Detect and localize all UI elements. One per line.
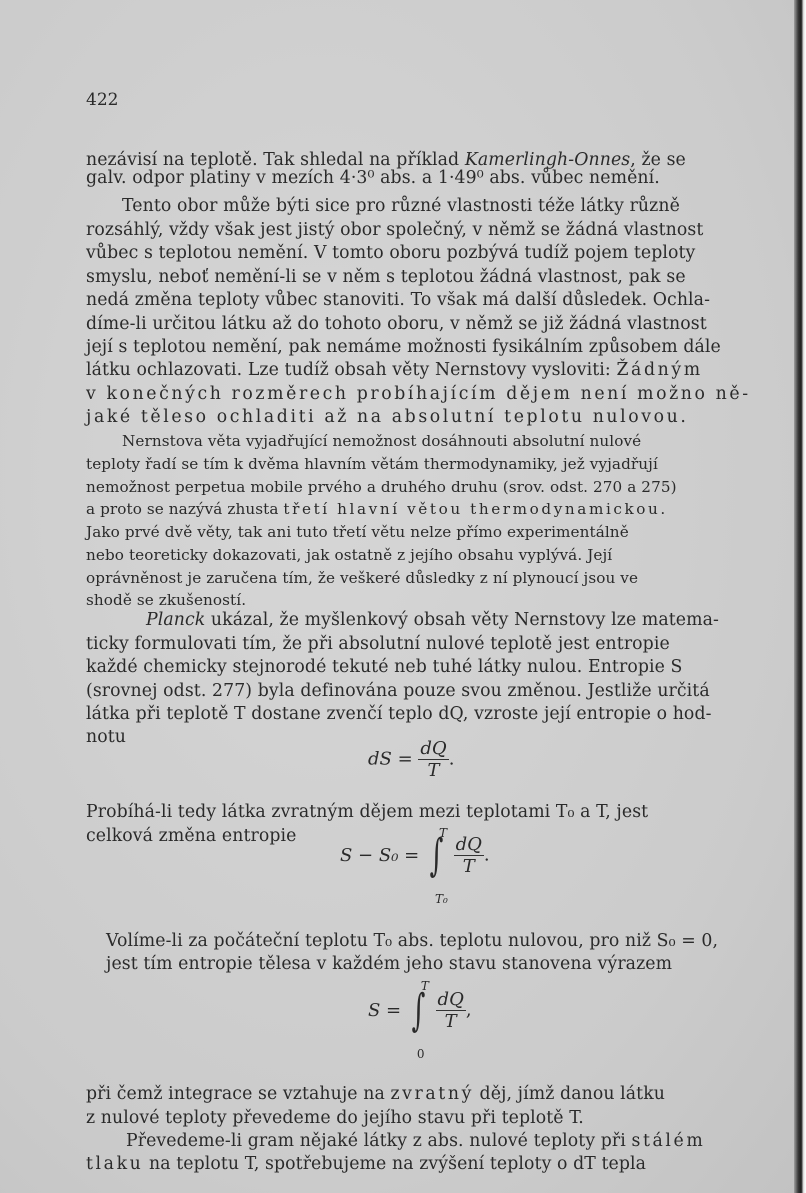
text-segment: nezávisí na teplotě. Tak shledal na přík… xyxy=(86,150,465,170)
text-segment: z nulové teploty převedeme do jejího sta… xyxy=(86,1108,584,1128)
page-edge-shadow xyxy=(794,0,806,1193)
text-segment: nedá změna teploty vůbec stanoviti. To v… xyxy=(86,290,710,310)
equation-lhs: dS = xyxy=(368,749,413,770)
text-segment: smyslu, neboť nemění-li se v něm s teplo… xyxy=(86,267,686,287)
text-line: nedá změna teploty vůbec stanoviti. To v… xyxy=(86,290,710,310)
equation-entropy-change: S − S₀ = T ∫ T₀ dQT. xyxy=(340,830,490,910)
text-segment: děj, jímž danou látku xyxy=(474,1084,665,1104)
integral-sign-icon: ∫ xyxy=(430,830,444,881)
text-line: notu xyxy=(86,727,126,747)
text-line: tlaku na teplotu T, spotřebujeme na zvýš… xyxy=(86,1154,646,1174)
text-line: Převedeme-li gram nějaké látky z abs. nu… xyxy=(126,1131,705,1151)
text-segment: na teplotu T, spotřebujeme na zvýšení te… xyxy=(143,1154,646,1174)
equation-lhs: S = xyxy=(368,1000,401,1021)
text-segment: ticky formulovati tím, že při absolutní … xyxy=(86,634,670,654)
punctuation: . xyxy=(484,845,490,866)
text-segment: (srovnej odst. 277) byla definována pouz… xyxy=(86,681,710,701)
fraction-numerator: dQ xyxy=(436,989,466,1011)
text-line: galv. odpor platiny v mezích 4·3⁰ abs. a… xyxy=(86,168,660,188)
emphasized-text: v konečných rozměrech probíhajícím dějem… xyxy=(86,384,751,404)
text-segment: teploty řadí se tím k dvěma hlavním větá… xyxy=(86,455,658,473)
text-line: shodě se zkušeností. xyxy=(86,591,246,609)
integral-lower-limit: T₀ xyxy=(435,892,448,906)
text-line: její s teplotou nemění, pak nemáme možno… xyxy=(86,337,721,357)
text-segment: látka při teplotě T dostane zvenčí teplo… xyxy=(86,704,712,724)
emphasized-text: zvratný xyxy=(390,1084,473,1104)
text-line: Planck ukázal, že myšlenkový obsah věty … xyxy=(146,610,719,630)
emphasized-text: stálém xyxy=(632,1131,706,1151)
fraction-denominator: T xyxy=(436,1011,466,1032)
text-line: rozsáhlý, vždy však jest jistý obor spol… xyxy=(86,220,703,240)
text-segment: , že se xyxy=(630,150,686,170)
text-line: díme-li určitou látku až do tohoto oboru… xyxy=(86,314,707,334)
text-segment: jest tím entropie tělesa v každém jeho s… xyxy=(106,954,672,974)
integral-lower-limit: 0 xyxy=(417,1047,425,1061)
text-line: teploty řadí se tím k dvěma hlavním větá… xyxy=(86,455,658,473)
emphasized-text: třetí hlavní větou thermodynamickou. xyxy=(283,500,667,518)
text-segment: Převedeme-li gram nějaké látky z abs. nu… xyxy=(126,1131,632,1151)
text-segment: díme-li určitou látku až do tohoto oboru… xyxy=(86,314,707,334)
text-segment: Tento obor může býti sice pro různé vlas… xyxy=(122,196,680,216)
text-line: (srovnej odst. 277) byla definována pouz… xyxy=(86,681,710,701)
equation-lhs: S − S₀ = xyxy=(340,845,419,866)
text-segment: Nernstova věta vyjadřující nemožnost dos… xyxy=(122,432,641,450)
italic-name: Kamerlingh-Onnes xyxy=(465,150,630,170)
text-segment: každé chemicky stejnorodé tekuté neb tuh… xyxy=(86,657,682,677)
emphasized-text: jaké těleso ochladiti až na absolutní te… xyxy=(86,407,688,427)
fraction-numerator: dQ xyxy=(454,834,484,856)
fraction-numerator: dQ xyxy=(418,738,448,760)
text-segment: notu xyxy=(86,727,126,747)
text-line: nemožnost perpetua mobile prvého a druhé… xyxy=(86,478,677,496)
fraction-denominator: T xyxy=(418,760,448,781)
text-segment: oprávněnost je zaručena tím, že veškeré … xyxy=(86,569,638,587)
text-line: z nulové teploty převedeme do jejího sta… xyxy=(86,1108,584,1128)
text-segment: ukázal, že myšlenkový obsah věty Nernsto… xyxy=(205,610,719,630)
text-line: jaké těleso ochladiti až na absolutní te… xyxy=(86,407,688,427)
text-line: nezávisí na teplotě. Tak shledal na přík… xyxy=(86,150,686,170)
emphasized-text: tlaku xyxy=(86,1154,143,1174)
text-line: látku ochlazovati. Lze tudíž obsah věty … xyxy=(86,360,703,380)
text-line: látka při teplotě T dostane zvenčí teplo… xyxy=(86,704,712,724)
equation-entropy: S = T ∫ 0 dQT, xyxy=(368,985,472,1065)
text-line: celková změna entropie xyxy=(86,826,297,846)
text-segment: při čemž integrace se vztahuje na xyxy=(86,1084,390,1104)
text-line: Nernstova věta vyjadřující nemožnost dos… xyxy=(122,432,641,450)
text-line: Probíhá-li tedy látka zvratným dějem mez… xyxy=(86,802,648,822)
text-line: Jako prvé dvě věty, tak ani tuto třetí v… xyxy=(86,523,629,541)
text-line: smyslu, neboť nemění-li se v něm s teplo… xyxy=(86,267,686,287)
text-segment: Volíme-li za počáteční teplotu T₀ abs. t… xyxy=(106,931,718,951)
text-segment: Jako prvé dvě věty, tak ani tuto třetí v… xyxy=(86,523,629,541)
text-line: oprávněnost je zaručena tím, že veškeré … xyxy=(86,569,638,587)
text-line: a proto se nazývá zhusta třetí hlavní vě… xyxy=(86,500,668,518)
text-line: každé chemicky stejnorodé tekuté neb tuh… xyxy=(86,657,682,677)
page-number: 422 xyxy=(86,90,118,110)
text-segment: Probíhá-li tedy látka zvratným dějem mez… xyxy=(86,802,648,822)
text-line: ticky formulovati tím, že při absolutní … xyxy=(86,634,670,654)
text-segment: nebo teoreticky dokazovati, jak ostatně … xyxy=(86,546,612,564)
text-segment: nemožnost perpetua mobile prvého a druhé… xyxy=(86,478,677,496)
text-line: při čemž integrace se vztahuje na zvratn… xyxy=(86,1084,665,1104)
text-segment: shodě se zkušeností. xyxy=(86,591,246,609)
text-segment: galv. odpor platiny v mezích 4·3⁰ abs. a… xyxy=(86,168,660,188)
text-segment: vůbec s teplotou nemění. V tomto oboru p… xyxy=(86,243,695,263)
text-line: Volíme-li za počáteční teplotu T₀ abs. t… xyxy=(106,931,718,951)
emphasized-text: Žádným xyxy=(616,360,702,380)
text-line: Tento obor může býti sice pro různé vlas… xyxy=(122,196,680,216)
text-segment: látku ochlazovati. Lze tudíž obsah věty … xyxy=(86,360,616,380)
punctuation: . xyxy=(449,749,455,770)
fraction-denominator: T xyxy=(454,856,484,877)
text-line: jest tím entropie tělesa v každém jeho s… xyxy=(106,954,672,974)
italic-name: Planck xyxy=(146,610,205,630)
text-segment: její s teplotou nemění, pak nemáme možno… xyxy=(86,337,721,357)
punctuation: , xyxy=(466,1000,472,1021)
text-segment: celková změna entropie xyxy=(86,826,297,846)
text-line: v konečných rozměrech probíhajícím dějem… xyxy=(86,384,751,404)
text-line: vůbec s teplotou nemění. V tomto oboru p… xyxy=(86,243,695,263)
text-segment: a proto se nazývá zhusta xyxy=(86,500,283,518)
equation-ds: dS = dQT. xyxy=(368,738,454,781)
text-segment: rozsáhlý, vždy však jest jistý obor spol… xyxy=(86,220,703,240)
text-line: nebo teoreticky dokazovati, jak ostatně … xyxy=(86,546,612,564)
integral-sign-icon: ∫ xyxy=(411,985,425,1036)
